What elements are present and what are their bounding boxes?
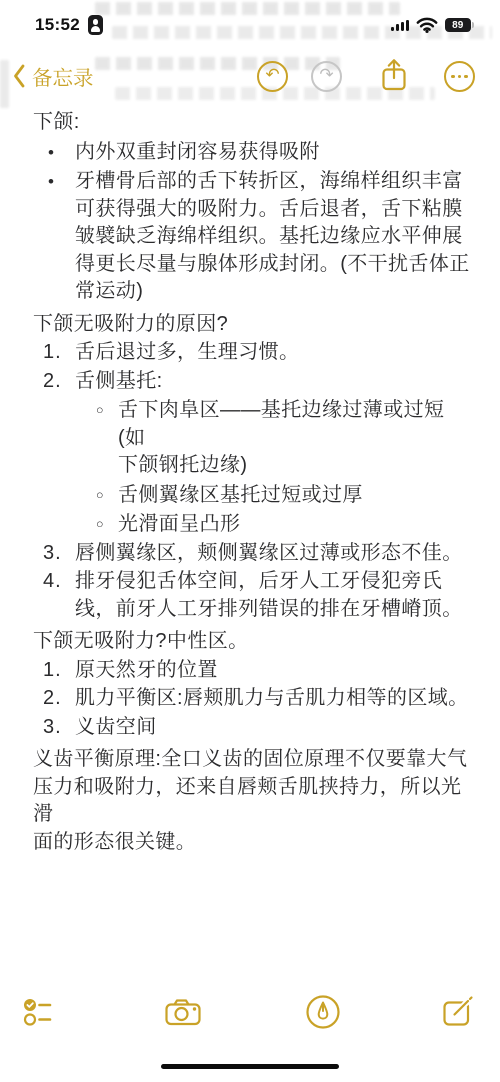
numbered-list-item[interactable]: 3.义齿空间 — [33, 714, 472, 742]
redo-icon: ↷ — [319, 67, 333, 84]
bullet-list-item[interactable]: •牙槽骨后部的舌下转折区，海绵样组织丰富 可获得强大的吸附力。舌后退者，舌下粘膜… — [33, 168, 472, 306]
number-marker: 2. — [43, 368, 75, 396]
numbered-list-item[interactable]: 4.排牙侵犯舌体空间，后牙人工牙侵犯旁氏 线，前牙人工牙排列错误的排在牙槽嵴顶。 — [33, 568, 472, 623]
note-text: 光滑面呈凸形 — [118, 511, 240, 539]
share-button[interactable] — [379, 56, 409, 94]
note-paragraph[interactable]: 义齿平衡原理:全口义齿的固位原理不仅要靠大气 压力和吸附力，还来自唇颊舌肌挟持力… — [33, 746, 472, 856]
battery-percent: 89 — [445, 18, 471, 32]
bullet-marker: • — [48, 168, 75, 196]
note-text: 内外双重封闭容易获得吸附 — [75, 139, 320, 167]
camera-icon — [163, 996, 203, 1028]
note-text: 排牙侵犯舌体空间，后牙人工牙侵犯旁氏 线，前牙人工牙排列错误的排在牙槽嵴顶。 — [75, 568, 463, 623]
camera-button[interactable] — [163, 996, 203, 1028]
compose-icon — [441, 994, 477, 1028]
note-text: 舌后退过多，生理习惯。 — [75, 339, 299, 367]
sub-bullet-list-item[interactable]: ○光滑面呈凸形 — [33, 511, 472, 539]
number-marker: 4. — [43, 568, 75, 596]
note-text: 肌力平衡区:唇颊肌力与舌肌力相等的区域。 — [75, 685, 469, 713]
more-button[interactable] — [444, 61, 475, 92]
numbered-list-item[interactable]: 3.唇侧翼缘区，颊侧翼缘区过薄或形态不佳。 — [33, 540, 472, 568]
numbered-list-item[interactable]: 2.肌力平衡区:唇颊肌力与舌肌力相等的区域。 — [33, 685, 472, 713]
battery-icon: 89 — [445, 18, 474, 32]
note-editor[interactable]: 下颌:•内外双重封闭容易获得吸附•牙槽骨后部的舌下转折区，海绵样组织丰富 可获得… — [33, 109, 472, 856]
back-chevron-icon — [12, 63, 26, 89]
note-text: 下颌无吸附力?中性区。 — [33, 628, 249, 656]
bullet-list-item[interactable]: •内外双重封闭容易获得吸附 — [33, 139, 472, 167]
checklist-button[interactable] — [22, 996, 60, 1028]
markup-icon — [305, 994, 341, 1030]
bullet-marker: • — [48, 139, 75, 167]
markup-button[interactable] — [305, 994, 341, 1030]
note-heading[interactable]: 下颌无吸附力?中性区。 — [33, 628, 472, 656]
checklist-icon — [22, 996, 60, 1028]
note-text: 舌下肉阜区——基托边缘过薄或过短 (如 下颌钢托边缘) — [118, 397, 472, 480]
nav-bar: 备忘录 ↶ ↷ — [0, 52, 500, 100]
sub-bullet-list-item[interactable]: ○舌下肉阜区——基托边缘过薄或过短 (如 下颌钢托边缘) — [33, 397, 472, 480]
note-heading[interactable]: 下颌无吸附力的原因? — [33, 311, 472, 339]
home-indicator[interactable] — [161, 1064, 339, 1069]
share-icon — [379, 56, 409, 94]
circle-marker: ○ — [96, 511, 118, 539]
number-marker: 1. — [43, 657, 75, 685]
note-text: 下颌: — [33, 109, 80, 137]
back-label: 备忘录 — [32, 61, 94, 91]
compose-button[interactable] — [441, 994, 477, 1028]
more-ellipsis-icon — [451, 75, 468, 79]
undo-icon: ↶ — [265, 67, 279, 84]
note-text: 舌侧翼缘区基托过短或过厚 — [118, 482, 363, 510]
note-text: 义齿平衡原理:全口义齿的固位原理不仅要靠大气 压力和吸附力，还来自唇颊舌肌挟持力… — [33, 746, 472, 856]
number-marker: 3. — [43, 540, 75, 568]
circle-marker: ○ — [96, 482, 118, 510]
status-bar: 15:52 89 — [0, 0, 500, 44]
numbered-list-item[interactable]: 1.舌后退过多，生理习惯。 — [33, 339, 472, 367]
sub-bullet-list-item[interactable]: ○舌侧翼缘区基托过短或过厚 — [33, 482, 472, 510]
status-time: 15:52 — [35, 15, 80, 35]
note-text: 唇侧翼缘区，颊侧翼缘区过薄或形态不佳。 — [75, 540, 463, 568]
cellular-signal-icon — [391, 19, 409, 31]
note-heading[interactable]: 下颌: — [33, 109, 472, 137]
numbered-list-item[interactable]: 2.舌侧基托: — [33, 368, 472, 396]
note-text: 原天然牙的位置 — [75, 657, 218, 685]
circle-marker: ○ — [96, 397, 118, 425]
back-button[interactable]: 备忘录 — [12, 52, 94, 100]
undo-button[interactable]: ↶ — [257, 61, 288, 92]
note-text: 牙槽骨后部的舌下转折区，海绵样组织丰富 可获得强大的吸附力。舌后退者，舌下粘膜 … — [75, 168, 470, 306]
number-marker: 2. — [43, 685, 75, 713]
number-marker: 3. — [43, 714, 75, 742]
note-text: 舌侧基托: — [75, 368, 163, 396]
notes-app-screen: 15:52 89 备忘录 ↶ ↷ — [0, 0, 500, 1082]
battery-nub — [472, 22, 474, 28]
numbered-list-item[interactable]: 1.原天然牙的位置 — [33, 657, 472, 685]
status-right-cluster: 89 — [391, 17, 474, 33]
redo-button[interactable]: ↷ — [311, 61, 342, 92]
wifi-icon — [416, 17, 438, 33]
person-focus-icon — [88, 15, 103, 35]
number-marker: 1. — [43, 339, 75, 367]
note-text: 义齿空间 — [75, 714, 157, 742]
note-text: 下颌无吸附力的原因? — [33, 311, 228, 339]
bottom-toolbar — [0, 988, 500, 1044]
